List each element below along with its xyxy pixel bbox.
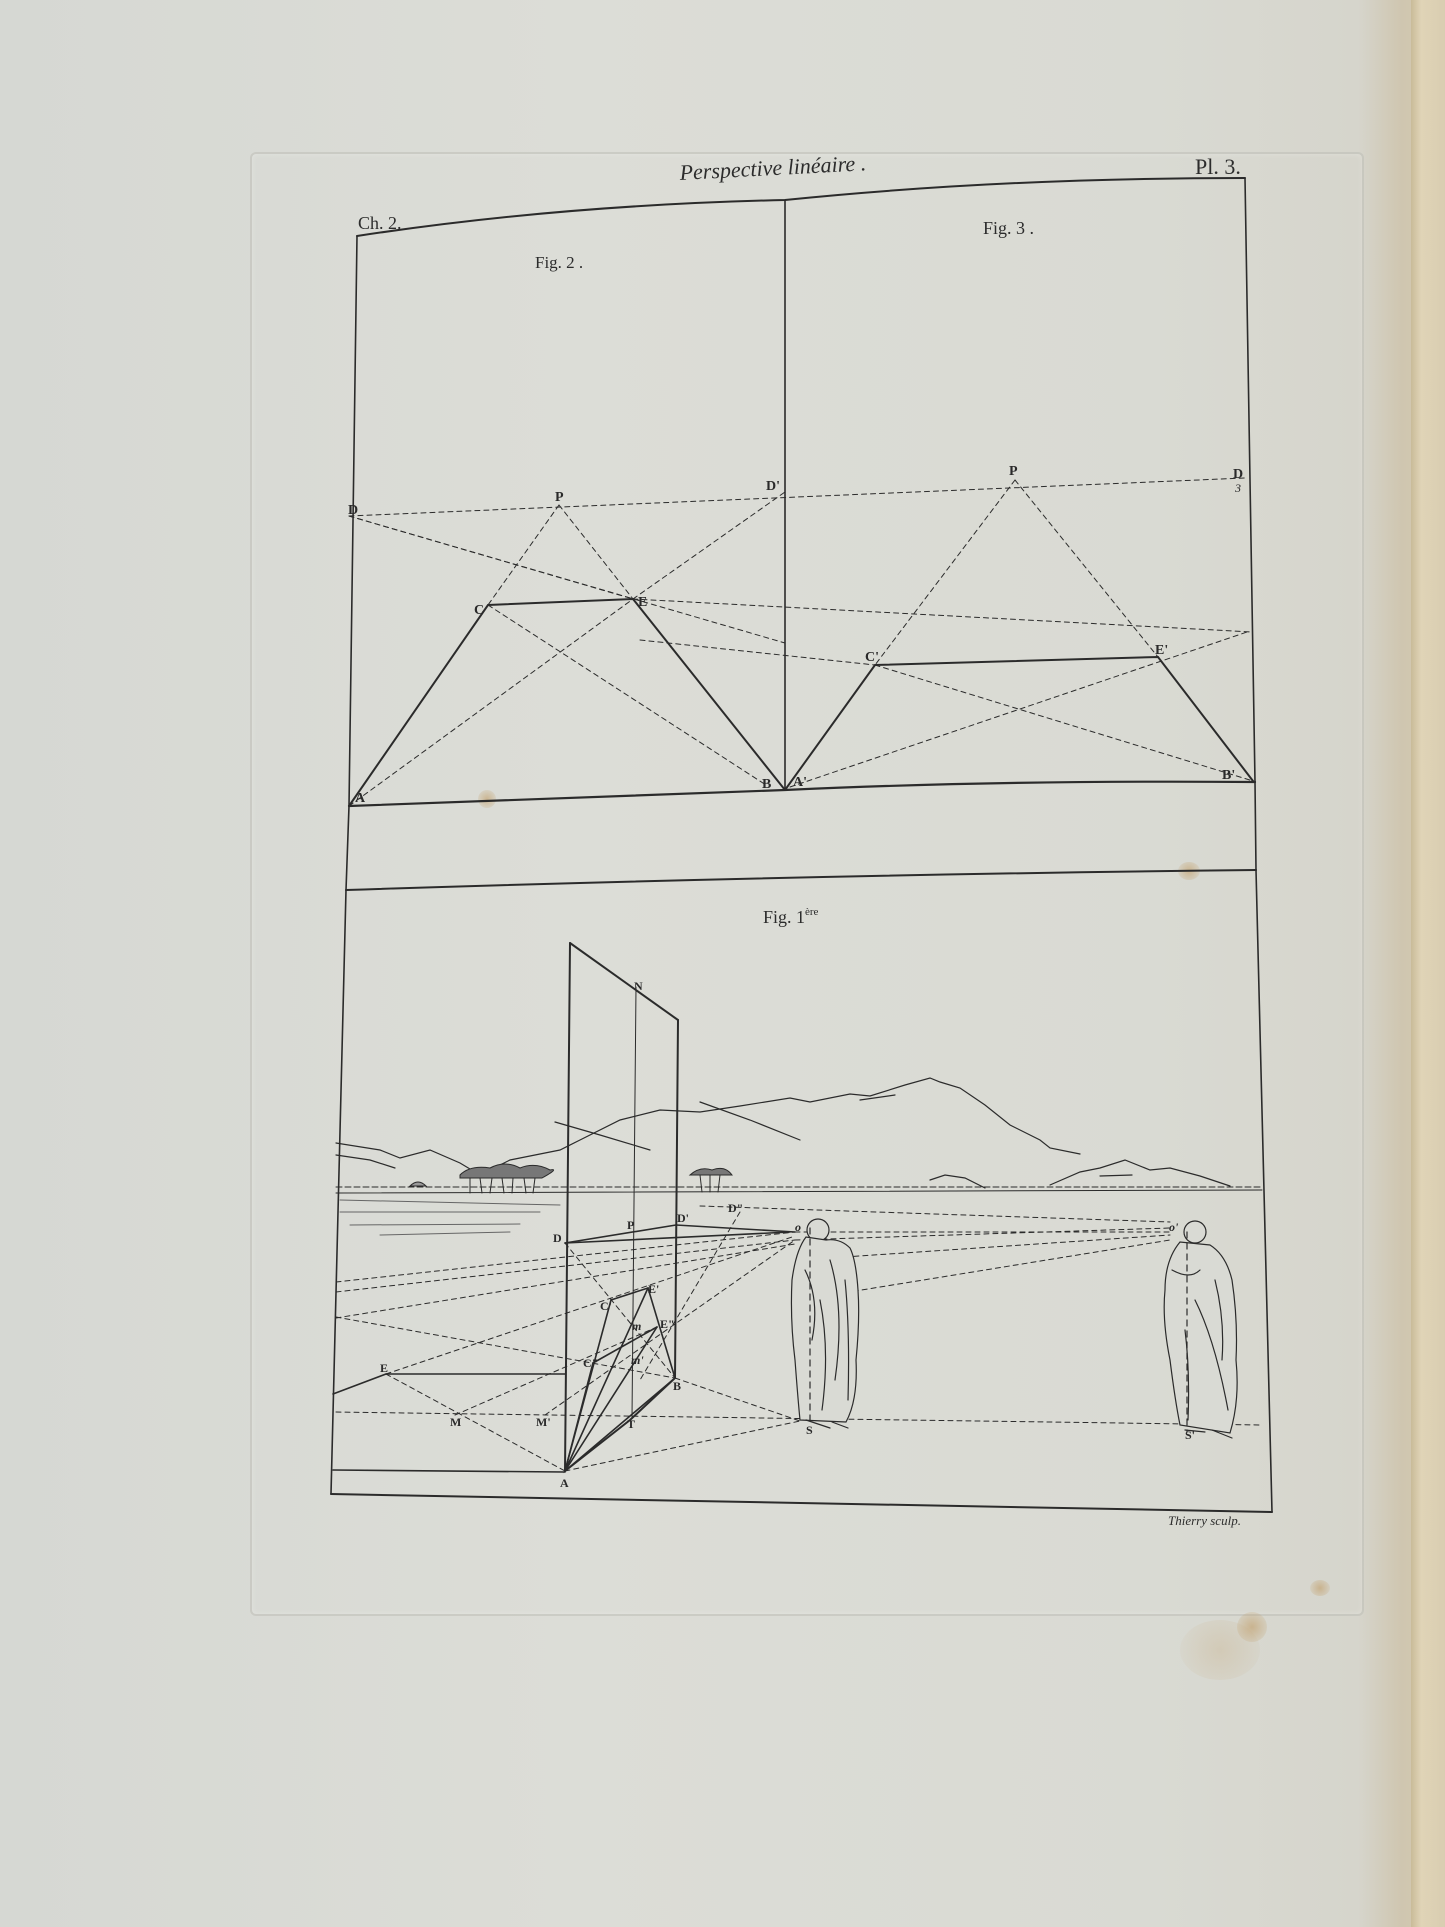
fig3-label-E-prime: E' — [1155, 643, 1168, 658]
plate-title: Perspective linéaire . — [678, 150, 867, 185]
fig3-caption: Fig. 3 . — [983, 218, 1034, 238]
fig1-label-m-prime: m' — [631, 1353, 644, 1367]
fig3-label-C-prime: C' — [865, 650, 879, 665]
tree-clumps — [410, 1164, 732, 1193]
fig1-label-M-prime: M' — [536, 1415, 551, 1429]
fig1-label-E-double-prime: E" — [660, 1317, 675, 1331]
fig2-label-A: A — [355, 791, 366, 806]
fig1-label-N: N — [634, 979, 643, 993]
fig2-label-E: E — [638, 595, 647, 610]
fig1-solid-lines — [333, 1225, 795, 1471]
fig1-label-C-prime: C' — [600, 1299, 612, 1313]
fig1-label-D-prime: D' — [677, 1211, 689, 1225]
fig1-label-o: o — [795, 1220, 801, 1234]
fig1-right-edge — [1256, 870, 1272, 1512]
top-frame-edge — [357, 178, 1245, 236]
fig1-label-D-double-prime: D" — [728, 1201, 743, 1215]
left-frame-edge-lower — [346, 806, 349, 890]
fig1-bottom-edge — [331, 1494, 1272, 1512]
fig3-label-3: 3 — [1234, 481, 1241, 495]
fig1-label-T: T — [627, 1417, 635, 1431]
fig2-shape — [349, 599, 785, 806]
fig2-label-C: C — [474, 603, 484, 618]
fig1-left-edge — [331, 890, 346, 1494]
fig1-caption: Fig. 1ère — [763, 906, 819, 927]
fig1-label-E-prime: E' — [648, 1282, 659, 1296]
fig1-label-S: S — [806, 1423, 813, 1437]
fig1-label-A: A — [560, 1476, 569, 1490]
fig2-caption: Fig. 2 . — [535, 253, 583, 272]
fig1-label-D: D — [553, 1231, 562, 1245]
fig1-label-C-double-prime: C" — [583, 1356, 598, 1370]
fig1-label-E: E — [380, 1361, 388, 1375]
book-page: Perspective linéaire . Pl. 3. Ch. 2. Fig… — [0, 0, 1445, 1927]
fig3-construction-lines — [640, 480, 1253, 787]
fig2-label-D-prime: D' — [766, 479, 780, 494]
fig2-label-B: B — [762, 777, 771, 792]
fig1-label-o-prime: o' — [1169, 1220, 1179, 1234]
fig2-construction-lines — [349, 478, 1252, 806]
fig1-label-M: M — [450, 1415, 461, 1429]
fig1-label-B: B — [673, 1379, 681, 1393]
engraver-credit: Thierry sculp. — [1168, 1513, 1241, 1528]
observer-figure-right — [1164, 1221, 1237, 1438]
fig3-label-P: P — [1009, 464, 1018, 479]
engraved-plate: Perspective linéaire . Pl. 3. Ch. 2. Fig… — [0, 0, 1445, 1927]
plate-number: Pl. 3. — [1195, 154, 1241, 179]
fig1-label-m: m — [632, 1319, 641, 1333]
fig1-label-P: P — [627, 1218, 634, 1232]
right-frame-edge-lower — [1255, 782, 1256, 870]
fig2-label-D: D — [348, 503, 358, 518]
fig3-label-B-prime: B' — [1222, 768, 1235, 783]
panel-separator-line — [346, 870, 1256, 890]
left-frame-edge — [349, 236, 357, 806]
observer-figure-left — [791, 1219, 858, 1428]
fig3-shape — [785, 657, 1253, 790]
right-frame-edge — [1245, 178, 1255, 782]
picture-plane — [565, 943, 678, 1471]
fig1-ground-line — [333, 1470, 565, 1472]
fig2-label-P: P — [555, 490, 564, 505]
fig3-label-A-prime: A' — [793, 775, 807, 790]
fig3-label-D: D — [1233, 467, 1243, 482]
